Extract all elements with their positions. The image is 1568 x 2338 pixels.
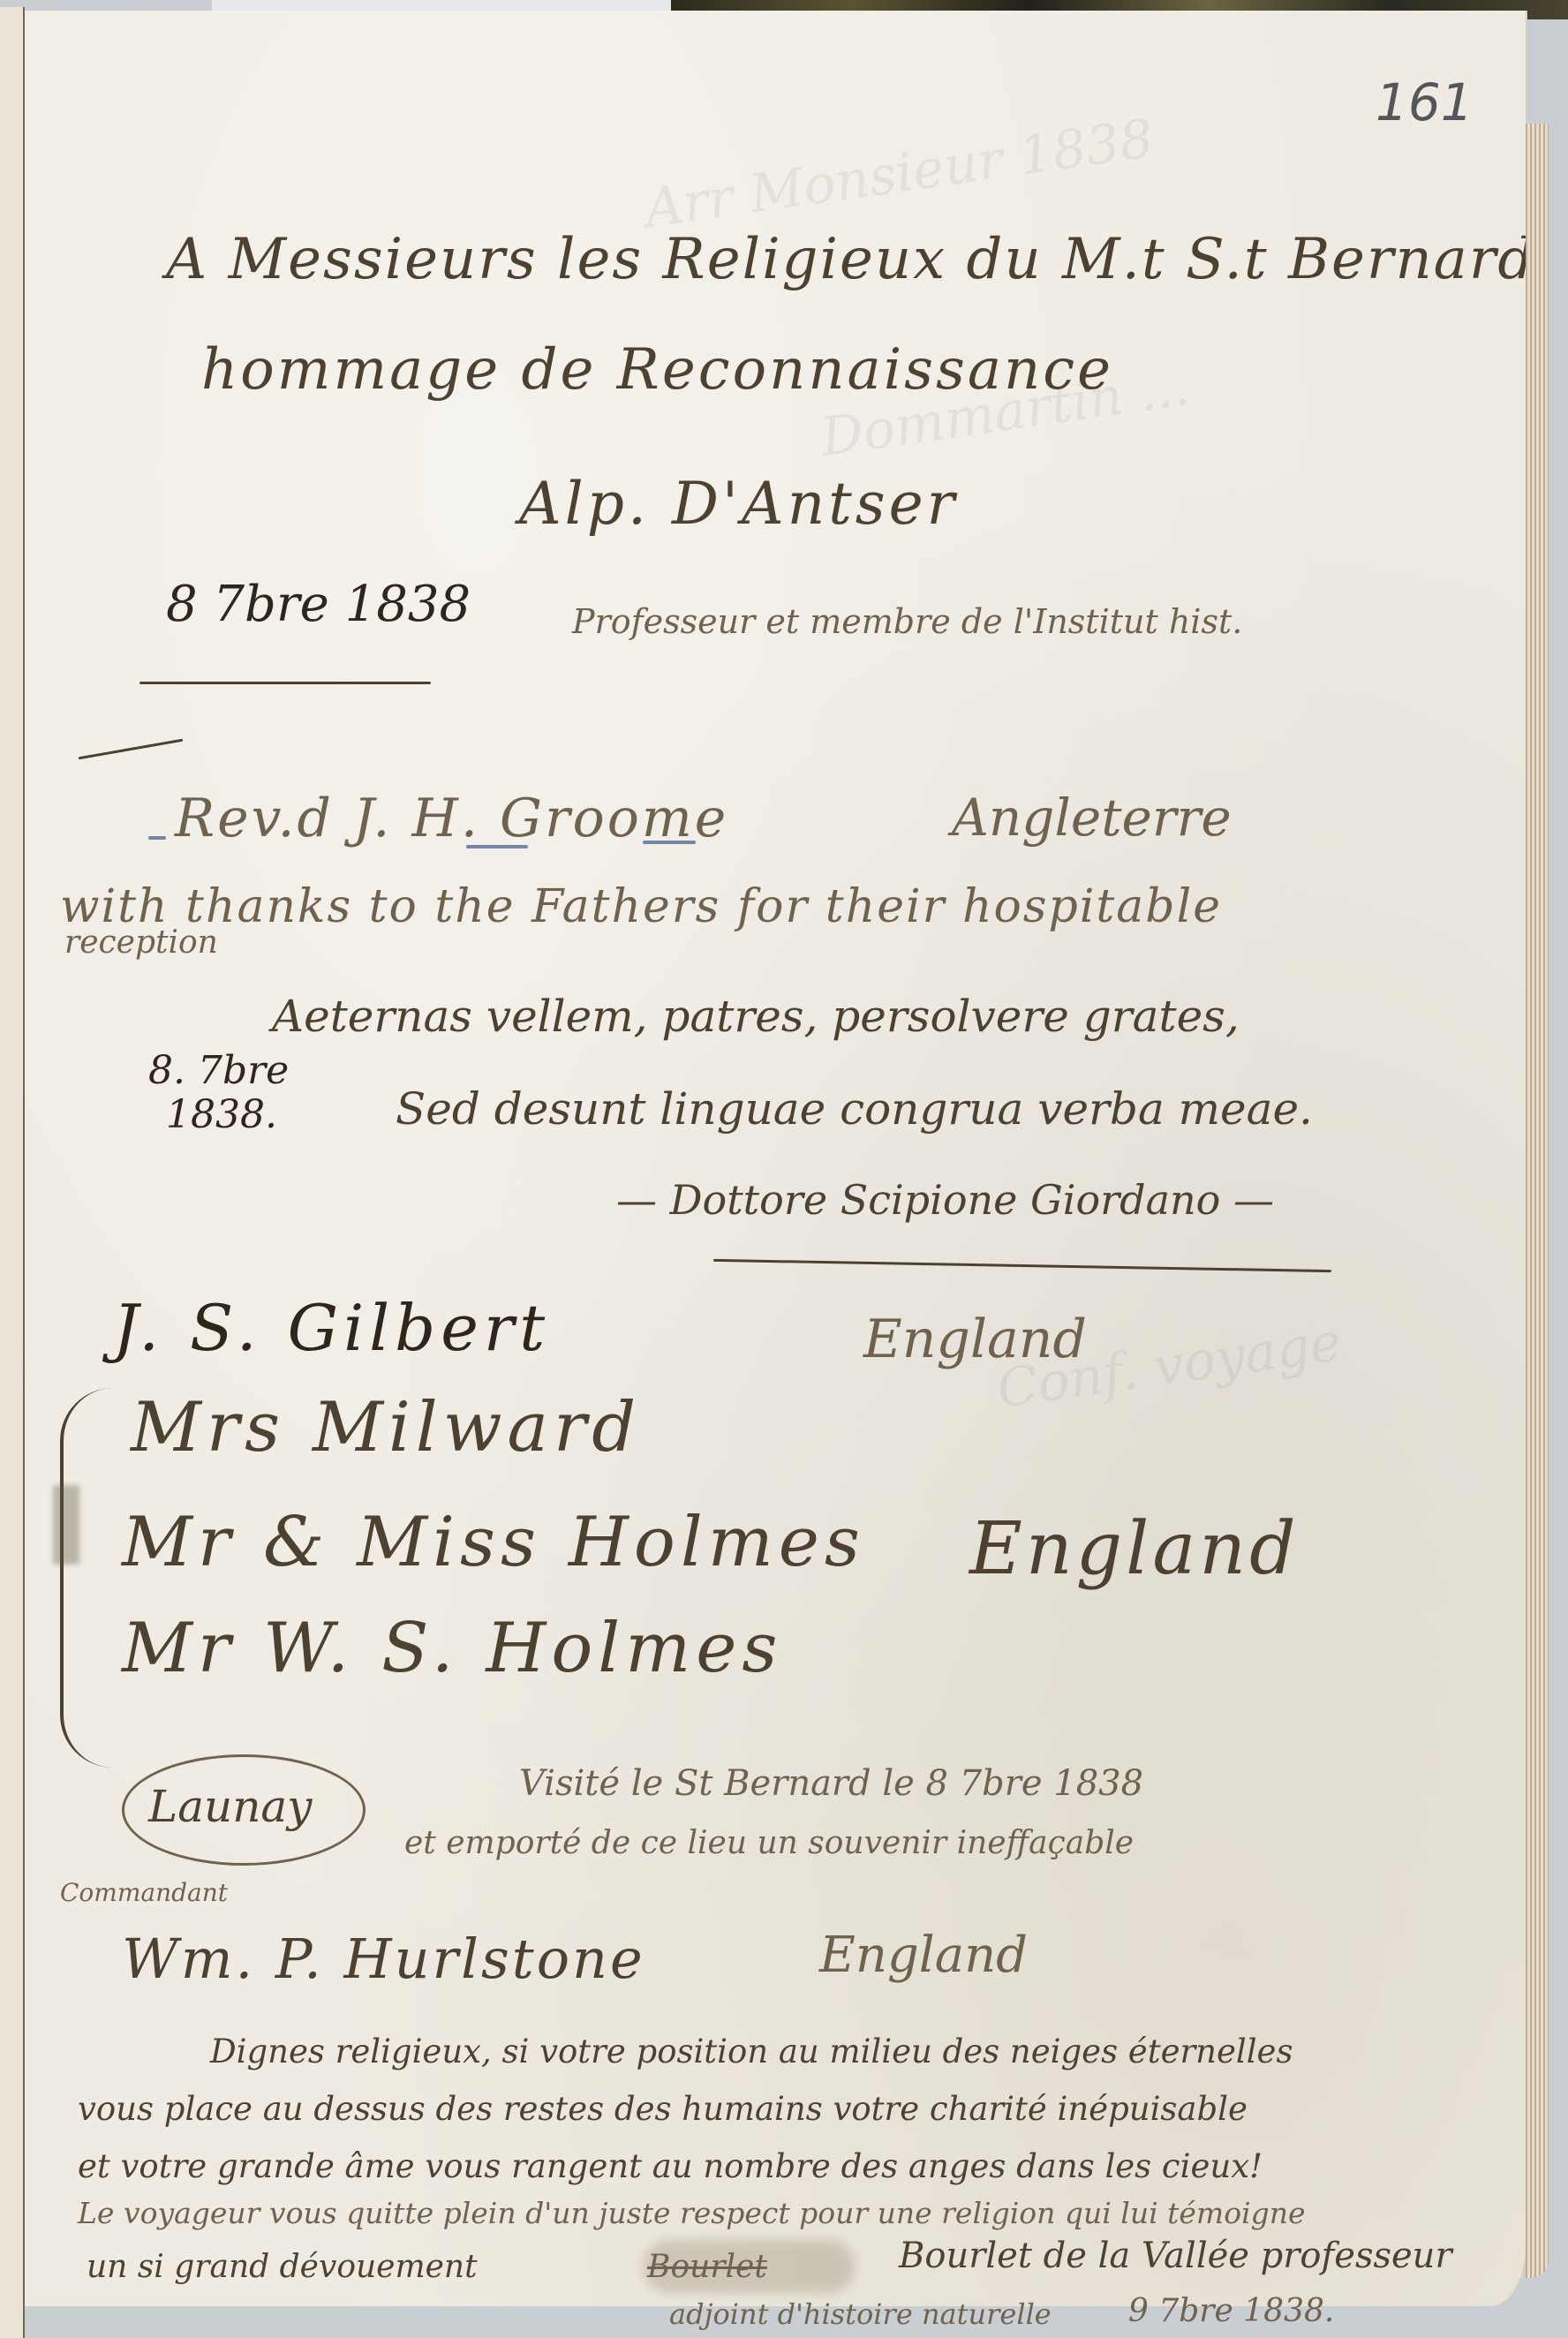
visitor-name-ws-holmes: Mr W. S. Holmes [122,1609,782,1688]
tribute-line-2: vous place au dessus des restes des huma… [78,2090,1248,2128]
signature-dantser: Alp. D'Antser [519,470,958,538]
manuscript-page: Arr Monsieur 1838 Dommartin ... Conf. vo… [25,11,1526,2306]
tribute-line-3: et votre grande âme vous rangent au nomb… [78,2147,1263,2185]
page-stack-edge [1526,124,1549,2278]
dedication-line-1: A Messieurs les Religieux du M.t S.t Ber… [166,227,1535,292]
page-number: 161 [1376,72,1474,132]
group-brace [60,1388,117,1768]
signer-rank: Commandant [60,1878,228,1907]
visitor-country: England [819,1927,1028,1984]
flourish-rule [139,682,431,684]
thanks-message-line-1: with thanks to the Fathers for their hos… [60,880,1222,933]
previous-page-edge [0,7,25,2338]
blue-ink-mark [148,836,166,840]
blue-ink-mark [643,841,696,844]
struck-signature: Bourlet [647,2249,767,2285]
signature-launay: Launay [148,1781,312,1832]
tribute-line-4: Le voyageur vous quitte plein d'un juste… [78,2196,1306,2230]
dedication-line-2: hommage de Reconnaissance [201,337,1113,403]
entry-date: 9 7bre 1838. [1128,2293,1334,2329]
signature-bourlet: Bourlet de la Vallée professeur [899,2236,1452,2276]
thanks-message-line-2: reception [64,924,218,961]
latin-verse-line-2: Sed desunt linguae congrua verba meae. [396,1083,1313,1135]
tribute-line-1: Dignes religieux, si votre position au m… [210,2033,1293,2070]
ink-stain [53,1485,79,1565]
visitor-name-holmes-family: Mr & Miss Holmes [122,1503,865,1582]
visitor-country: England [863,1309,1087,1370]
visitor-country: England [969,1507,1300,1591]
latin-verse-line-1: Aeternas vellem, patres, persolvere grat… [272,991,1240,1042]
visitor-name-gilbert: J. S. Gilbert [113,1291,550,1365]
tribute-line-5: un si grand dévouement [87,2249,478,2285]
signature-underline [713,1259,1331,1272]
signer-title: Professeur et membre de l'Institut hist. [572,602,1242,641]
entry-date-line-2: 1838. [166,1092,277,1137]
entry-date: 8 7bre 1838 [166,576,471,633]
blue-ink-mark [466,845,528,848]
visitor-country: Angleterre [952,788,1232,848]
bleed-through: Arr Monsieur 1838 [641,108,1157,240]
visit-note-line-1: Visité le St Bernard le 8 7bre 1838 [519,1763,1143,1804]
signer-title: adjoint d'histoire naturelle [669,2297,1052,2331]
visitor-name-hurlstone: Wm. P. Hurlstone [122,1927,645,1991]
margin-mark [79,739,184,760]
visitor-name-milward: Mrs Milward [131,1388,641,1467]
entry-date-line-1: 8. 7bre [148,1048,289,1093]
visit-note-line-2: et emporté de ce lieu un souvenir ineffa… [404,1825,1134,1861]
signature-giordano: — Dottore Scipione Giordano — [616,1176,1274,1224]
